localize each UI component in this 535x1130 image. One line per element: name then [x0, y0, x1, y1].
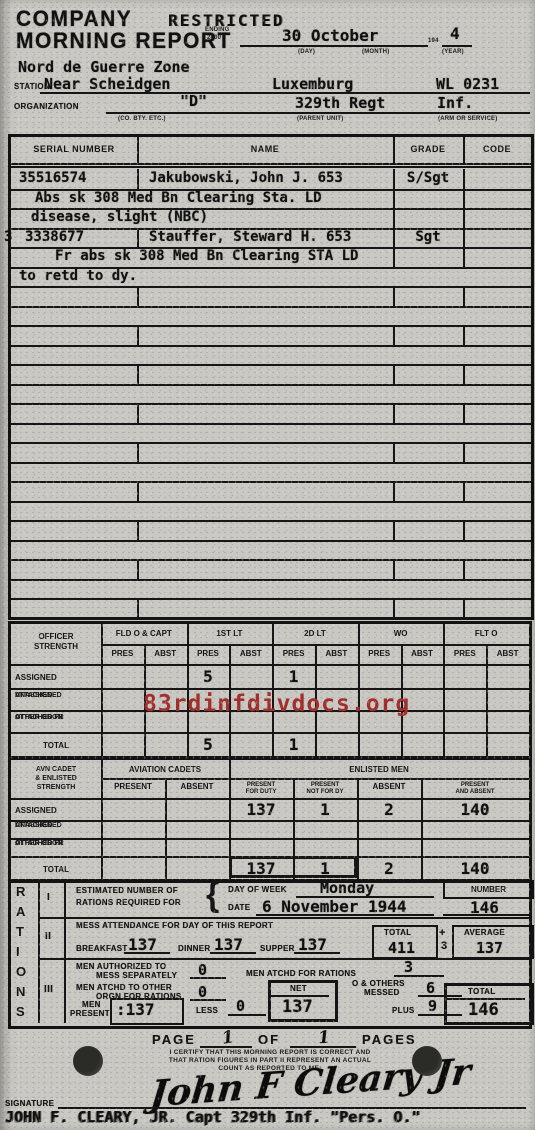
- roster-row: [11, 579, 531, 601]
- roster-row: [11, 345, 531, 367]
- mess-attendance-title: MESS ATTENDANCE FOR DAY OF THIS REPORT: [76, 921, 273, 930]
- enlisted-row-label: UNASSIGNED: [15, 822, 62, 829]
- roster-name: Jakubowski, John J. 653: [149, 170, 343, 186]
- roster-cell-divider: [393, 598, 395, 618]
- rations-vertical-letter: T: [16, 924, 24, 939]
- rations-total-value: 146: [468, 1000, 499, 1020]
- signature-label: SIGNATURE: [5, 1099, 54, 1108]
- organization-arm: Inf.: [437, 94, 473, 112]
- number-box-label: NUMBER: [443, 880, 534, 899]
- officer-header-divider: [101, 644, 529, 646]
- roster-header-double-rule: [11, 166, 531, 168]
- rations-vertical-letter: A: [16, 904, 25, 919]
- roster-cell-divider: [393, 403, 395, 423]
- organization-company: "D": [180, 92, 207, 110]
- officer-value: 1: [272, 667, 315, 686]
- roster-table: SERIAL NUMBERNAMEGRADECODE35516574Jakubo…: [8, 134, 534, 620]
- officer-row-divider: [11, 732, 529, 734]
- roster-cell-divider: [463, 286, 465, 306]
- estimated-rations-label-1: ESTIMATED NUMBER OF: [76, 886, 178, 895]
- rations-total-label: TOTAL: [468, 987, 495, 996]
- roster-grade: Sgt: [395, 229, 461, 245]
- average-value: 137: [476, 939, 503, 957]
- part-ii-numeral: II: [45, 931, 51, 942]
- brace-glyph: {: [206, 876, 219, 915]
- pages-number-handwritten: 1: [317, 1028, 330, 1049]
- enlisted-subheader: PRESENT: [421, 782, 529, 788]
- pages-label: PAGES: [362, 1032, 417, 1047]
- organization-label: ORGANIZATION: [14, 102, 79, 111]
- roster-row: 33338677Stauffer, Steward H. 653Sgt: [11, 228, 531, 250]
- year-sublabel: (YEAR): [442, 49, 464, 55]
- roster-row: [11, 442, 531, 464]
- morning-report-document: COMPANY MORNING REPORT RESTRICTED ENDING…: [0, 0, 535, 1130]
- rations-vertical-letter: N: [16, 984, 25, 999]
- officer-subheader: ABST: [229, 649, 272, 658]
- officer-subheader: ABST: [144, 649, 187, 658]
- officer-subheader: PRES: [101, 649, 144, 658]
- enlisted-header-divider: [101, 778, 529, 780]
- roster-row: [11, 559, 531, 581]
- officer-group-header: WO: [358, 629, 444, 638]
- breakfast-underline: [124, 952, 170, 954]
- rations-divider-2: [64, 879, 66, 1023]
- dinner-label: DINNER: [178, 944, 210, 953]
- enlisted-subheader: AND ABSENT: [421, 789, 529, 795]
- officer-row-label: TOTAL: [11, 741, 101, 750]
- estimated-rations-label-2: RATIONS REQUIRED FOR: [76, 898, 181, 907]
- typed-name-line: JOHN F. CLEARY, JR. Capt 329th Inf. "Per…: [5, 1108, 420, 1126]
- enlisted-subheader: ABSENT: [165, 782, 229, 791]
- roster-cell-divider: [393, 189, 395, 209]
- punch-hole-left: [73, 1046, 103, 1076]
- roster-grade: S/Sgt: [395, 170, 461, 186]
- enlisted-subheader: NOT FOR DY: [293, 789, 357, 795]
- roster-row: disease, slight (NBC): [11, 208, 531, 230]
- enlisted-strength-table: AVN CADET& ENLISTEDSTRENGTHAVIATION CADE…: [8, 757, 532, 883]
- enlisted-men-header: ENLISTED MEN: [229, 765, 529, 774]
- officer-group-header: 2D LT: [272, 629, 358, 638]
- enlisted-row-label: TOTAL: [11, 865, 101, 874]
- roster-cell-divider: [463, 520, 465, 540]
- roster-cell-divider: [463, 364, 465, 384]
- aviation-cadets-header: AVIATION CADETS: [101, 765, 229, 774]
- number-underline: [443, 914, 530, 916]
- dinner-underline: [210, 952, 256, 954]
- roster-name: Stauffer, Steward H. 653: [149, 229, 351, 245]
- roster-cell-divider: [137, 228, 139, 248]
- officer-subheader: ABST: [486, 649, 529, 658]
- roster-column-header: GRADE: [393, 144, 463, 154]
- month-sublabel: (MONTH): [362, 49, 389, 55]
- officer-row-label: OTHER ORGN: [15, 714, 62, 721]
- roster-header: SERIAL NUMBERNAMEGRADECODE: [11, 137, 531, 165]
- station-region: Luxemburg: [272, 75, 353, 93]
- organization-parent-unit: 329th Regt: [295, 94, 385, 112]
- atchd-rations-label: MEN ATCHD FOR RATIONS: [246, 969, 356, 978]
- others-label-2: MESSED: [364, 988, 400, 997]
- roster-cell-divider: [463, 228, 465, 248]
- net-value: 137: [282, 997, 313, 1017]
- enlisted-subheader: PRESENT: [229, 782, 293, 788]
- officer-subheader: PRES: [272, 649, 315, 658]
- roster-row: Abs sk 308 Med Bn Clearing Sta. LD: [11, 189, 531, 211]
- punch-hole-right: [412, 1046, 442, 1076]
- roster-row: [11, 462, 531, 484]
- enlisted-strength-title: AVN CADET: [11, 766, 101, 773]
- roster-cell-divider: [137, 364, 139, 384]
- present-label: PRESENT: [70, 1009, 110, 1018]
- organization-underline: [106, 112, 530, 114]
- date-underline: [240, 45, 428, 47]
- supper-label: SUPPER: [260, 944, 295, 953]
- roster-cell-divider: [137, 442, 139, 462]
- auth-underline: [190, 977, 226, 979]
- atchd-rations-value: 3: [404, 958, 413, 976]
- enlisted-subheader: ABSENT: [357, 782, 421, 791]
- enlisted-value: 137: [229, 800, 293, 819]
- rations-vertical-letter: I: [16, 944, 20, 959]
- enlisted-strength-title: & ENLISTED: [11, 775, 101, 782]
- roster-entry-note: to retd to dy.: [19, 268, 137, 284]
- roster-cell-divider: [393, 247, 395, 267]
- zone-value: Nord de Guerre Zone: [18, 58, 190, 76]
- officer-strength-title: STRENGTH: [11, 642, 101, 651]
- roster-column-header: CODE: [463, 144, 531, 154]
- roster-row: Fr abs sk 308 Med Bn Clearing STA LD: [11, 247, 531, 269]
- part-iii-numeral: III: [44, 984, 53, 995]
- rations-vertical-letter: R: [16, 884, 25, 899]
- roster-cell-divider: [393, 208, 395, 228]
- roster-column-header: SERIAL NUMBER: [11, 144, 137, 154]
- roster-cell-divider: [137, 520, 139, 540]
- year-printed: 194: [428, 38, 439, 44]
- atchd-rations-underline: [394, 975, 444, 977]
- enlisted-row-divider: [11, 838, 529, 840]
- roster-row: [11, 520, 531, 542]
- roster-cell-divider: [393, 364, 395, 384]
- roster-row: [11, 384, 531, 406]
- day-of-week-label: DAY OF WEEK: [228, 885, 287, 894]
- roster-row: [11, 325, 531, 347]
- atchd-other-underline: [190, 999, 226, 1001]
- roster-row: to retd to dy.: [11, 267, 531, 289]
- roster-cell-divider: [137, 598, 139, 618]
- plus-label: PLUS: [392, 1006, 415, 1015]
- ending-time-label: 2400: [207, 35, 221, 41]
- officer-group-header: FLD O & CAPT: [101, 629, 187, 638]
- others-label-1: O & OTHERS: [352, 979, 405, 988]
- officer-subheader: ABST: [315, 649, 358, 658]
- margin-stray-digit: 3: [4, 229, 12, 245]
- roster-cell-divider: [463, 169, 465, 189]
- officer-group-header: 1ST LT: [187, 629, 273, 638]
- officer-strength-table: OFFICERSTRENGTHFLD O & CAPT1ST LT2D LTWO…: [8, 621, 532, 759]
- station-coordinates: WL 0231: [436, 75, 499, 93]
- roster-row: [11, 403, 531, 425]
- roster-cell-divider: [137, 403, 139, 423]
- mess-total-value: 411: [388, 939, 415, 957]
- enlisted-row-label: OTHER ORGN: [15, 840, 62, 847]
- page-number-handwritten: 1: [221, 1027, 236, 1048]
- officer-subheader: PRES: [443, 649, 486, 658]
- certification-line-1: I CERTIFY THAT THIS MORNING REPORT IS CO…: [140, 1049, 400, 1057]
- officer-row-label: UNASSIGNED: [15, 692, 62, 699]
- roster-cell-divider: [463, 442, 465, 462]
- co-bty-sublabel: (CO. BTY. ETC.): [118, 116, 166, 122]
- rations-vertical-letter: O: [16, 964, 26, 979]
- roster-row: [11, 598, 531, 620]
- rations-divider-1: [38, 879, 40, 1023]
- officer-subheader: PRES: [358, 649, 401, 658]
- rations-row-divider-1: [38, 917, 530, 919]
- auth-mess-label-1: MEN AUTHORIZED TO: [76, 962, 166, 971]
- enlisted-subheader: PRESENT: [101, 782, 165, 791]
- officer-row-divider: [11, 688, 529, 690]
- officer-subheader: PRES: [187, 649, 230, 658]
- roster-row: [11, 481, 531, 503]
- enlisted-subheader: FOR DUTY: [229, 789, 293, 795]
- archive-watermark: 83rdinfdivdocs.org: [143, 691, 410, 717]
- year-value: 4: [450, 24, 460, 43]
- roster-cell-divider: [137, 325, 139, 345]
- parent-unit-sublabel: (PARENT UNIT): [297, 116, 343, 122]
- enlisted-subheader: PRESENT: [293, 782, 357, 788]
- roster-cell-divider: [137, 169, 139, 189]
- breakfast-label: BREAKFAST: [76, 944, 128, 953]
- men-present-value: :137: [116, 1000, 155, 1019]
- roster-serial: 35516574: [19, 170, 86, 186]
- divisor-value: 3: [441, 940, 447, 952]
- plus-value: 9: [428, 997, 437, 1015]
- report-date-value: 30 October: [282, 26, 378, 45]
- roster-row: [11, 423, 531, 445]
- year-underline: [442, 45, 472, 47]
- roster-cell-divider: [463, 559, 465, 579]
- station-value: Near Scheidgen: [44, 75, 170, 93]
- roster-cell-divider: [137, 286, 139, 306]
- page-label: PAGE: [152, 1032, 196, 1047]
- roster-cell-divider: [393, 325, 395, 345]
- roster-cell-divider: [463, 325, 465, 345]
- auth-mess-label-2: MESS SEPARATELY: [96, 971, 177, 980]
- enlisted-row-divider: [11, 820, 529, 822]
- officer-subheader: ABST: [401, 649, 444, 658]
- day-sublabel: (DAY): [298, 49, 315, 55]
- roster-entry-note: disease, slight (NBC): [31, 209, 208, 225]
- ending-label: ENDING: [205, 27, 230, 33]
- roster-cell-divider: [463, 189, 465, 209]
- date-label: DATE: [228, 903, 250, 912]
- atchd-other-label-1: MEN ATCHD TO OTHER: [76, 983, 172, 992]
- roster-entry-note: Fr abs sk 308 Med Bn Clearing STA LD: [55, 248, 358, 264]
- roster-row: [11, 540, 531, 562]
- roster-row: [11, 306, 531, 328]
- mess-total-label: TOTAL: [384, 928, 411, 937]
- roster-cell-divider: [463, 247, 465, 267]
- roster-cell-divider: [137, 559, 139, 579]
- rations-date-underline: [256, 914, 434, 916]
- officer-row-label: ASSIGNED: [15, 673, 57, 682]
- officer-column-divider: [486, 644, 488, 756]
- roster-cell-divider: [463, 208, 465, 228]
- arm-service-sublabel: (ARM OR SERVICE): [438, 116, 497, 122]
- net-label: NET: [290, 984, 307, 993]
- roster-row: [11, 501, 531, 523]
- enlisted-total-box: [229, 856, 357, 878]
- enlisted-value: 140: [421, 859, 529, 878]
- roster-cell-divider: [393, 520, 395, 540]
- roster-cell-divider: [463, 481, 465, 501]
- roster-cell-divider: [463, 403, 465, 423]
- enlisted-value: 140: [421, 800, 529, 819]
- roster-serial: 3338677: [25, 229, 84, 245]
- roster-cell-divider: [463, 598, 465, 618]
- enlisted-strength-title: STRENGTH: [11, 784, 101, 791]
- enlisted-value: 1: [293, 800, 357, 819]
- officer-group-header: FLT O: [443, 629, 529, 638]
- roster-row: 35516574Jakubowski, John J. 653S/Sgt: [11, 169, 531, 191]
- enlisted-column-divider: [165, 778, 167, 880]
- officer-strength-title: OFFICER: [11, 632, 101, 641]
- roster-cell-divider: [393, 286, 395, 306]
- roster-cell-divider: [393, 442, 395, 462]
- officer-value: 5: [187, 735, 230, 754]
- enlisted-row-label: ASSIGNED: [15, 806, 57, 815]
- roster-entry-note: Abs sk 308 Med Bn Clearing Sta. LD: [35, 190, 322, 206]
- less-label: LESS: [196, 1006, 218, 1015]
- of-label: OF: [258, 1032, 280, 1047]
- men-label: MEN: [82, 1000, 101, 1009]
- roster-column-header: NAME: [137, 144, 393, 154]
- average-label: AVERAGE: [464, 928, 505, 937]
- officer-value: 5: [187, 667, 230, 686]
- roster-cell-divider: [393, 559, 395, 579]
- supper-underline: [294, 952, 340, 954]
- enlisted-value: 2: [357, 800, 421, 819]
- day-of-week-value: Monday: [320, 879, 374, 897]
- part-i-numeral: I: [47, 892, 50, 903]
- enlisted-value: 2: [357, 859, 421, 878]
- form-title-morning-report: MORNING REPORT: [16, 30, 232, 55]
- roster-cell-divider: [393, 481, 395, 501]
- less-underline: [228, 1014, 266, 1016]
- roster-cell-divider: [137, 481, 139, 501]
- officer-value: 1: [272, 735, 315, 754]
- less-value: 0: [236, 997, 245, 1015]
- roster-row: [11, 364, 531, 386]
- rations-vertical-letter: S: [16, 1004, 25, 1019]
- roster-row: [11, 286, 531, 308]
- officer-row-divider: [11, 664, 529, 666]
- plus-sign: +: [439, 927, 446, 939]
